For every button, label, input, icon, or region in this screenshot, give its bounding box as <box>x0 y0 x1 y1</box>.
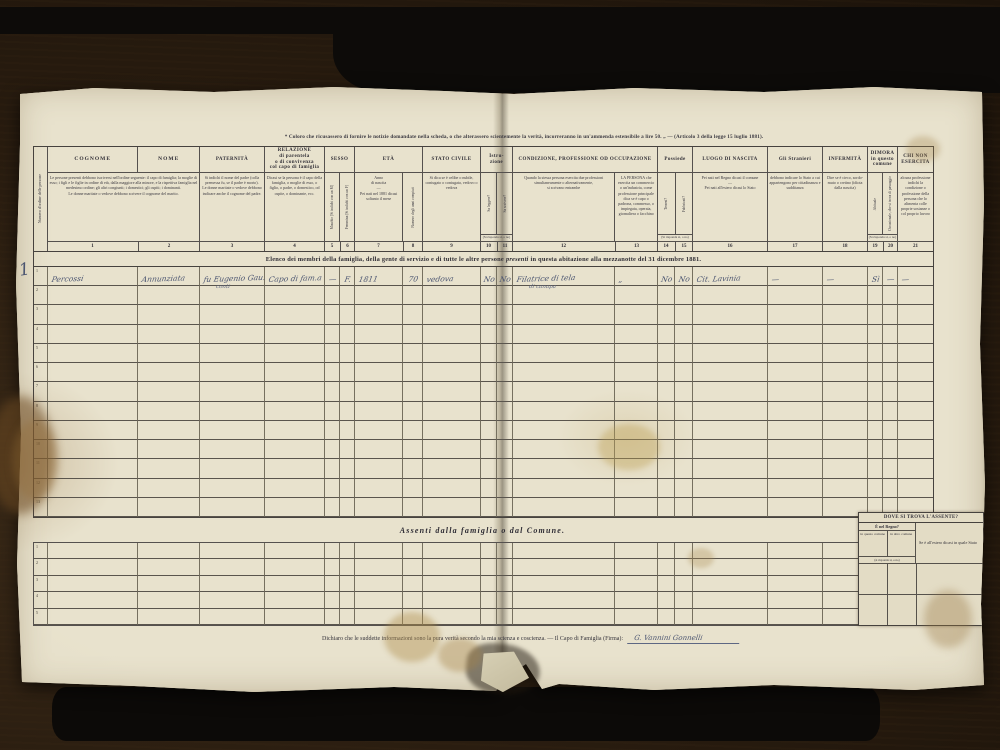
table-cell <box>674 459 692 478</box>
table-row: 4 <box>34 325 933 344</box>
table-row: 8 <box>34 402 933 421</box>
table-cell <box>354 325 402 344</box>
table-cell <box>767 344 822 363</box>
table-cell: — <box>767 267 822 286</box>
table-cell <box>674 609 692 625</box>
table-cell <box>422 286 480 305</box>
column-description-area: AbitualeOccasionale, che si trova di pas… <box>868 173 897 234</box>
table-cell <box>339 382 354 401</box>
table-cell <box>264 305 324 324</box>
row-number: 1 <box>36 544 38 549</box>
table-cell <box>422 498 480 517</box>
table-cell <box>354 344 402 363</box>
row-number: 5 <box>36 345 38 350</box>
head-of-family-signature: G. Vannini Gonnelli <box>627 634 741 644</box>
table-cell <box>422 440 480 459</box>
handwritten-entry: 70 <box>403 275 423 283</box>
dove-empty-rows <box>859 564 983 625</box>
table-cell <box>674 402 692 421</box>
table-cell <box>422 609 480 625</box>
handwritten-entry: Sì <box>868 275 883 283</box>
table-cell <box>674 592 692 608</box>
sub-column: Fabbricati? <box>675 173 693 234</box>
table-cell <box>674 286 692 305</box>
table-cell <box>512 459 614 478</box>
table-cell <box>422 459 480 478</box>
table-cell <box>614 592 657 608</box>
table-cell: Cit. Lavinia <box>692 267 767 286</box>
column-description: debbono indicare lo Stato a cui apparten… <box>768 173 822 193</box>
table-cell <box>657 543 674 559</box>
sub-column-label: Terreni? <box>664 198 668 210</box>
column-description: Dire se è cieco, sordo-muto o cretino (i… <box>823 173 867 193</box>
table-cell <box>354 402 402 421</box>
table-cell <box>422 479 480 498</box>
column-number: 1 <box>48 242 138 251</box>
penalty-footnote: * Coloro che ricusassero di fornire le n… <box>124 134 924 140</box>
row-number: 3 <box>36 577 38 582</box>
column-number: 5 <box>325 242 340 251</box>
table-cell <box>614 559 657 575</box>
sub-column: Anno di nascita — Pei nati nel 1881 dica… <box>355 173 402 241</box>
sub-column: LA PERSONA che esercita un commercio o u… <box>614 173 657 241</box>
handwritten-entry: vedova <box>426 275 454 283</box>
table-cell <box>692 459 767 478</box>
table-cell <box>496 402 512 421</box>
sub-column-description: Quando la stessa persona esercita due pr… <box>513 173 614 241</box>
table-cell: 70 <box>402 267 422 286</box>
dove-row <box>859 595 983 625</box>
table-cell <box>512 498 614 517</box>
table-cell <box>882 286 897 305</box>
table-cell <box>137 382 199 401</box>
column-number: 1011 <box>481 241 512 251</box>
column-number: 14 <box>658 242 675 251</box>
sub-column: Femmina [Si indichi con un F] <box>339 173 354 241</box>
table-cell <box>674 344 692 363</box>
column-number: 21 <box>898 241 933 251</box>
table-cell <box>264 382 324 401</box>
table-cell <box>897 363 933 382</box>
table-cell: 5 <box>34 609 47 625</box>
table-cell <box>657 325 674 344</box>
table-cell: 5 <box>34 344 47 363</box>
table-cell <box>657 440 674 459</box>
column-number: 56 <box>325 241 354 251</box>
table-cell <box>512 592 614 608</box>
column-title: COGNOMENOME <box>48 147 199 173</box>
table-cell <box>692 421 767 440</box>
table-cell <box>897 421 933 440</box>
table-cell <box>822 382 867 401</box>
handwritten-entry: No <box>658 275 675 283</box>
table-cell <box>354 286 402 305</box>
elenco-post: in questa abitazione alla mezzanotte del… <box>531 256 702 263</box>
column-title: STATO CIVILE <box>423 147 480 173</box>
column-title: Possiede <box>658 147 692 173</box>
table-cell <box>199 382 264 401</box>
column-number: 1415 <box>658 241 692 251</box>
column-description-area: debbono indicare lo Stato a cui apparten… <box>768 173 822 241</box>
table-cell <box>767 543 822 559</box>
table-cell <box>657 559 674 575</box>
column-description: Dicasi se la persona è il capo della fam… <box>265 173 324 198</box>
row-number: 9 <box>36 422 38 427</box>
table-cell <box>324 543 339 559</box>
table-cell <box>47 344 137 363</box>
table-cell <box>657 363 674 382</box>
table-cell: — <box>324 267 339 286</box>
table-cell <box>822 440 867 459</box>
table-cell <box>496 576 512 592</box>
table-cell <box>512 440 614 459</box>
table-cell <box>692 543 767 559</box>
table-cell <box>822 325 867 344</box>
table-cell <box>480 286 496 305</box>
table-cell <box>657 576 674 592</box>
table-cell: 1 <box>34 267 47 286</box>
table-cell <box>657 479 674 498</box>
row-number: 10 <box>36 441 40 446</box>
handwritten-entry: F. <box>340 275 355 283</box>
dove-cell <box>888 564 917 594</box>
scanner-bed-top <box>333 7 1000 93</box>
sub-column-label: Sa leggere? <box>487 195 491 212</box>
table-cell <box>614 440 657 459</box>
row-number: 5 <box>36 610 38 615</box>
table-cell: 1 <box>34 543 47 559</box>
table-cell <box>354 576 402 592</box>
column-title: NOME <box>137 147 199 172</box>
table-cell <box>137 498 199 517</box>
table-cell <box>422 382 480 401</box>
table-cell <box>480 305 496 324</box>
table-cell <box>867 344 882 363</box>
table-cell <box>512 421 614 440</box>
table-cell <box>422 421 480 440</box>
table-cell: 11 <box>34 459 47 478</box>
column-title: SESSO <box>325 147 354 173</box>
dove-estero-label: Se è all'estero dicasi in quale Stato <box>916 523 983 563</box>
table-cell <box>692 305 767 324</box>
table-cell <box>264 543 324 559</box>
header-column-eta: ETÀAnno di nascita — Pei nati nel 1881 d… <box>354 147 422 251</box>
sub-column-label: Numero degli anni compiuti <box>411 187 415 228</box>
handwritten-entry: 1811 <box>358 275 379 283</box>
header-column-possiede: PossiedeTerreni?Fabbricati?(Si risponda … <box>657 147 692 251</box>
table-cell: 3 <box>34 305 47 324</box>
table-cell <box>692 325 767 344</box>
table-cell <box>692 498 767 517</box>
table-cell <box>867 440 882 459</box>
declaration-line: Dichiaro che le suddette informazioni so… <box>322 634 937 644</box>
table-cell <box>339 479 354 498</box>
row-number: 4 <box>36 326 38 331</box>
table-cell: 6 <box>34 363 47 382</box>
table-cell <box>47 325 137 344</box>
table-cell <box>354 382 402 401</box>
table-cell: 10 <box>34 440 47 459</box>
table-cell <box>496 363 512 382</box>
table-cell: No <box>480 267 496 286</box>
column-number: 13 <box>615 242 658 251</box>
table-cell <box>480 459 496 478</box>
column-number: 78 <box>355 241 422 251</box>
sub-column: Abituale <box>868 173 882 234</box>
table-cell <box>674 305 692 324</box>
column-number: 3 <box>200 241 264 251</box>
table-cell <box>402 543 422 559</box>
table-cell <box>199 402 264 421</box>
table-cell <box>339 325 354 344</box>
table-cell <box>137 479 199 498</box>
table-cell <box>480 576 496 592</box>
column-description-area: Si dica se è celibe o nubile, coniugato … <box>423 173 480 241</box>
table-cell <box>674 363 692 382</box>
table-cell <box>480 344 496 363</box>
table-cell <box>47 305 137 324</box>
table-cell <box>264 559 324 575</box>
table-cell <box>767 592 822 608</box>
table-cell <box>674 576 692 592</box>
census-table: Numero d'ordine delle personeCOGNOMENOME… <box>33 146 934 518</box>
header-column-dimora: DIMORA in questo comuneAbitualeOccasiona… <box>867 147 897 251</box>
table-row: 5 <box>34 344 933 363</box>
table-cell <box>422 543 480 559</box>
table-cell <box>674 479 692 498</box>
elenco-caption: Elenco dei membri della famiglia, della … <box>34 251 933 267</box>
table-cell <box>512 402 614 421</box>
table-cell <box>402 559 422 575</box>
table-cell <box>767 305 822 324</box>
table-cell <box>324 559 339 575</box>
sub-column-label: Occasionale, che si trova di passaggio <box>888 176 892 231</box>
table-cell <box>47 402 137 421</box>
table-cell <box>339 592 354 608</box>
table-cell <box>657 592 674 608</box>
table-cell <box>867 305 882 324</box>
table-cell <box>199 459 264 478</box>
column-description-area: Maschio [Si indichi con un M]Femmina [Si… <box>325 173 354 241</box>
table-cell <box>674 325 692 344</box>
table-cell <box>867 382 882 401</box>
table-cell <box>512 559 614 575</box>
column-number: 9 <box>423 241 480 251</box>
table-cell <box>614 576 657 592</box>
table-cell <box>657 305 674 324</box>
table-row: 2 <box>34 559 933 575</box>
table-cell <box>264 286 324 305</box>
dove-col-altro-comune: in altro comune <box>887 531 916 556</box>
table-row: 9 <box>34 421 933 440</box>
table-cell <box>324 286 339 305</box>
table-cell <box>354 543 402 559</box>
table-row: 10 <box>34 440 933 459</box>
table-cell <box>339 576 354 592</box>
table-cell <box>692 402 767 421</box>
table-cell <box>199 305 264 324</box>
table-cell <box>402 305 422 324</box>
table-cell <box>897 305 933 324</box>
table-cell <box>674 559 692 575</box>
column-description-area: Terreni?Fabbricati? <box>658 173 692 234</box>
table-cell <box>137 344 199 363</box>
table-cell <box>512 382 614 401</box>
header-column-relazione: RELAZIONE di parentela o di convivenza c… <box>264 147 324 251</box>
vertical-label-wrap: Numero d'ordine delle persone <box>34 147 47 251</box>
table-cell <box>354 363 402 382</box>
column-title: COGNOME <box>48 147 137 172</box>
column-number: 1213 <box>513 241 657 251</box>
table-cell <box>767 609 822 625</box>
table-cell <box>47 363 137 382</box>
table-cell <box>324 592 339 608</box>
column-title: CHI NON ESERCITA <box>898 147 933 173</box>
table-cell <box>657 344 674 363</box>
table-cell <box>767 382 822 401</box>
table-cell <box>767 498 822 517</box>
table-cell <box>614 286 657 305</box>
table-cell <box>480 559 496 575</box>
table-cell <box>422 592 480 608</box>
column-description-area: Si indichi il nome del padre (colla prem… <box>200 173 264 241</box>
table-cell <box>47 576 137 592</box>
table-cell: 4 <box>34 592 47 608</box>
table-row: 4 <box>34 592 933 608</box>
table-cell <box>137 421 199 440</box>
table-cell: No <box>657 267 674 286</box>
table-cell: 13 <box>34 498 47 517</box>
column-number: 17 <box>768 241 822 251</box>
table-cell: — <box>897 267 933 286</box>
table-row: 7 <box>34 382 933 401</box>
sub-column-description: Anno di nascita — Pei nati nel 1881 dica… <box>355 173 402 241</box>
table-cell <box>882 459 897 478</box>
table-cell <box>480 363 496 382</box>
table-cell: 4 <box>34 325 47 344</box>
handwritten-entry-sub: di canapa <box>528 284 556 290</box>
table-cell: 2 <box>34 286 47 305</box>
column-number: 1920 <box>868 241 897 251</box>
sub-column-label: Fabbricati? <box>682 196 686 212</box>
table-cell <box>496 305 512 324</box>
table-cell <box>496 440 512 459</box>
table-cell <box>199 286 264 305</box>
table-row: 6 <box>34 363 933 382</box>
table-cell <box>354 421 402 440</box>
table-cell <box>767 325 822 344</box>
column-description: Si dica se è celibe o nubile, coniugato … <box>423 173 480 193</box>
table-cell <box>324 363 339 382</box>
table-cell <box>496 344 512 363</box>
table-cell <box>692 363 767 382</box>
table-cell <box>674 543 692 559</box>
sub-column: Sa leggere? <box>481 173 496 234</box>
table-cell <box>614 498 657 517</box>
table-row: 1PercossiAnnunziatacontifu Eugenio Gau.C… <box>34 267 933 286</box>
table-cell <box>692 559 767 575</box>
table-cell <box>199 559 264 575</box>
row-number: 2 <box>36 560 38 565</box>
sub-column-description: LA PERSONA che esercita un commercio o u… <box>615 173 657 241</box>
table-cell <box>767 421 822 440</box>
table-cell <box>512 543 614 559</box>
table-cell <box>480 592 496 608</box>
table-cell <box>402 576 422 592</box>
table-cell <box>496 421 512 440</box>
column-title: DIMORA in questo comune <box>868 147 897 173</box>
table-cell <box>822 459 867 478</box>
table-cell <box>422 576 480 592</box>
table-cell <box>264 363 324 382</box>
table-cell <box>324 576 339 592</box>
table-cell <box>402 382 422 401</box>
table-cell <box>614 305 657 324</box>
table-cell <box>339 440 354 459</box>
table-cell <box>767 402 822 421</box>
table-cell <box>264 325 324 344</box>
table-cell <box>496 543 512 559</box>
table-row: 13 <box>34 498 933 517</box>
table-body: 1PercossiAnnunziatacontifu Eugenio Gau.C… <box>34 267 933 517</box>
table-cell <box>402 344 422 363</box>
column-description-area: alcuna professione indichi la condizione… <box>898 173 933 241</box>
table-cell <box>402 325 422 344</box>
column-description-area: Dicasi se la persona è il capo della fam… <box>265 173 324 241</box>
table-cell: F. <box>339 267 354 286</box>
table-cell <box>657 286 674 305</box>
row-number: 6 <box>36 364 38 369</box>
handwritten-entry: Annunziata <box>141 274 186 283</box>
table-cell <box>822 479 867 498</box>
column-note: (Si risponda sì, o no) <box>868 234 897 241</box>
table-cell: 8 <box>34 402 47 421</box>
table-cell <box>422 559 480 575</box>
table-cell <box>496 498 512 517</box>
handwritten-entry: — <box>826 275 835 283</box>
table-cell <box>402 402 422 421</box>
row-number: 11 <box>36 460 40 465</box>
table-cell <box>137 363 199 382</box>
table-cell <box>822 421 867 440</box>
table-cell <box>512 609 614 625</box>
table-cell <box>324 498 339 517</box>
dove-subcolumns: in questo comune in altro comune <box>859 531 915 556</box>
table-cell <box>897 402 933 421</box>
table-cell <box>614 543 657 559</box>
table-cell: 12 <box>34 479 47 498</box>
column-number: 2 <box>138 242 200 251</box>
table-cell <box>657 609 674 625</box>
column-description-area: Dire se è cieco, sordo-muto o cretino (i… <box>823 173 867 241</box>
table-cell <box>512 344 614 363</box>
dove-note: (si risponda sì, o no) <box>859 556 915 563</box>
column-number: 18 <box>823 241 867 251</box>
table-cell <box>496 382 512 401</box>
row-number: 13 <box>36 499 40 504</box>
table-cell <box>512 305 614 324</box>
row-number: 1 <box>36 268 38 273</box>
table-cell <box>674 440 692 459</box>
table-cell <box>324 459 339 478</box>
table-cell <box>692 382 767 401</box>
table-cell <box>47 543 137 559</box>
column-title: PATERNITÀ <box>200 147 264 173</box>
handwritten-entry: — <box>883 275 898 283</box>
column-description: alcuna professione indichi la condizione… <box>898 173 933 219</box>
table-cell <box>354 609 402 625</box>
table-cell <box>47 421 137 440</box>
